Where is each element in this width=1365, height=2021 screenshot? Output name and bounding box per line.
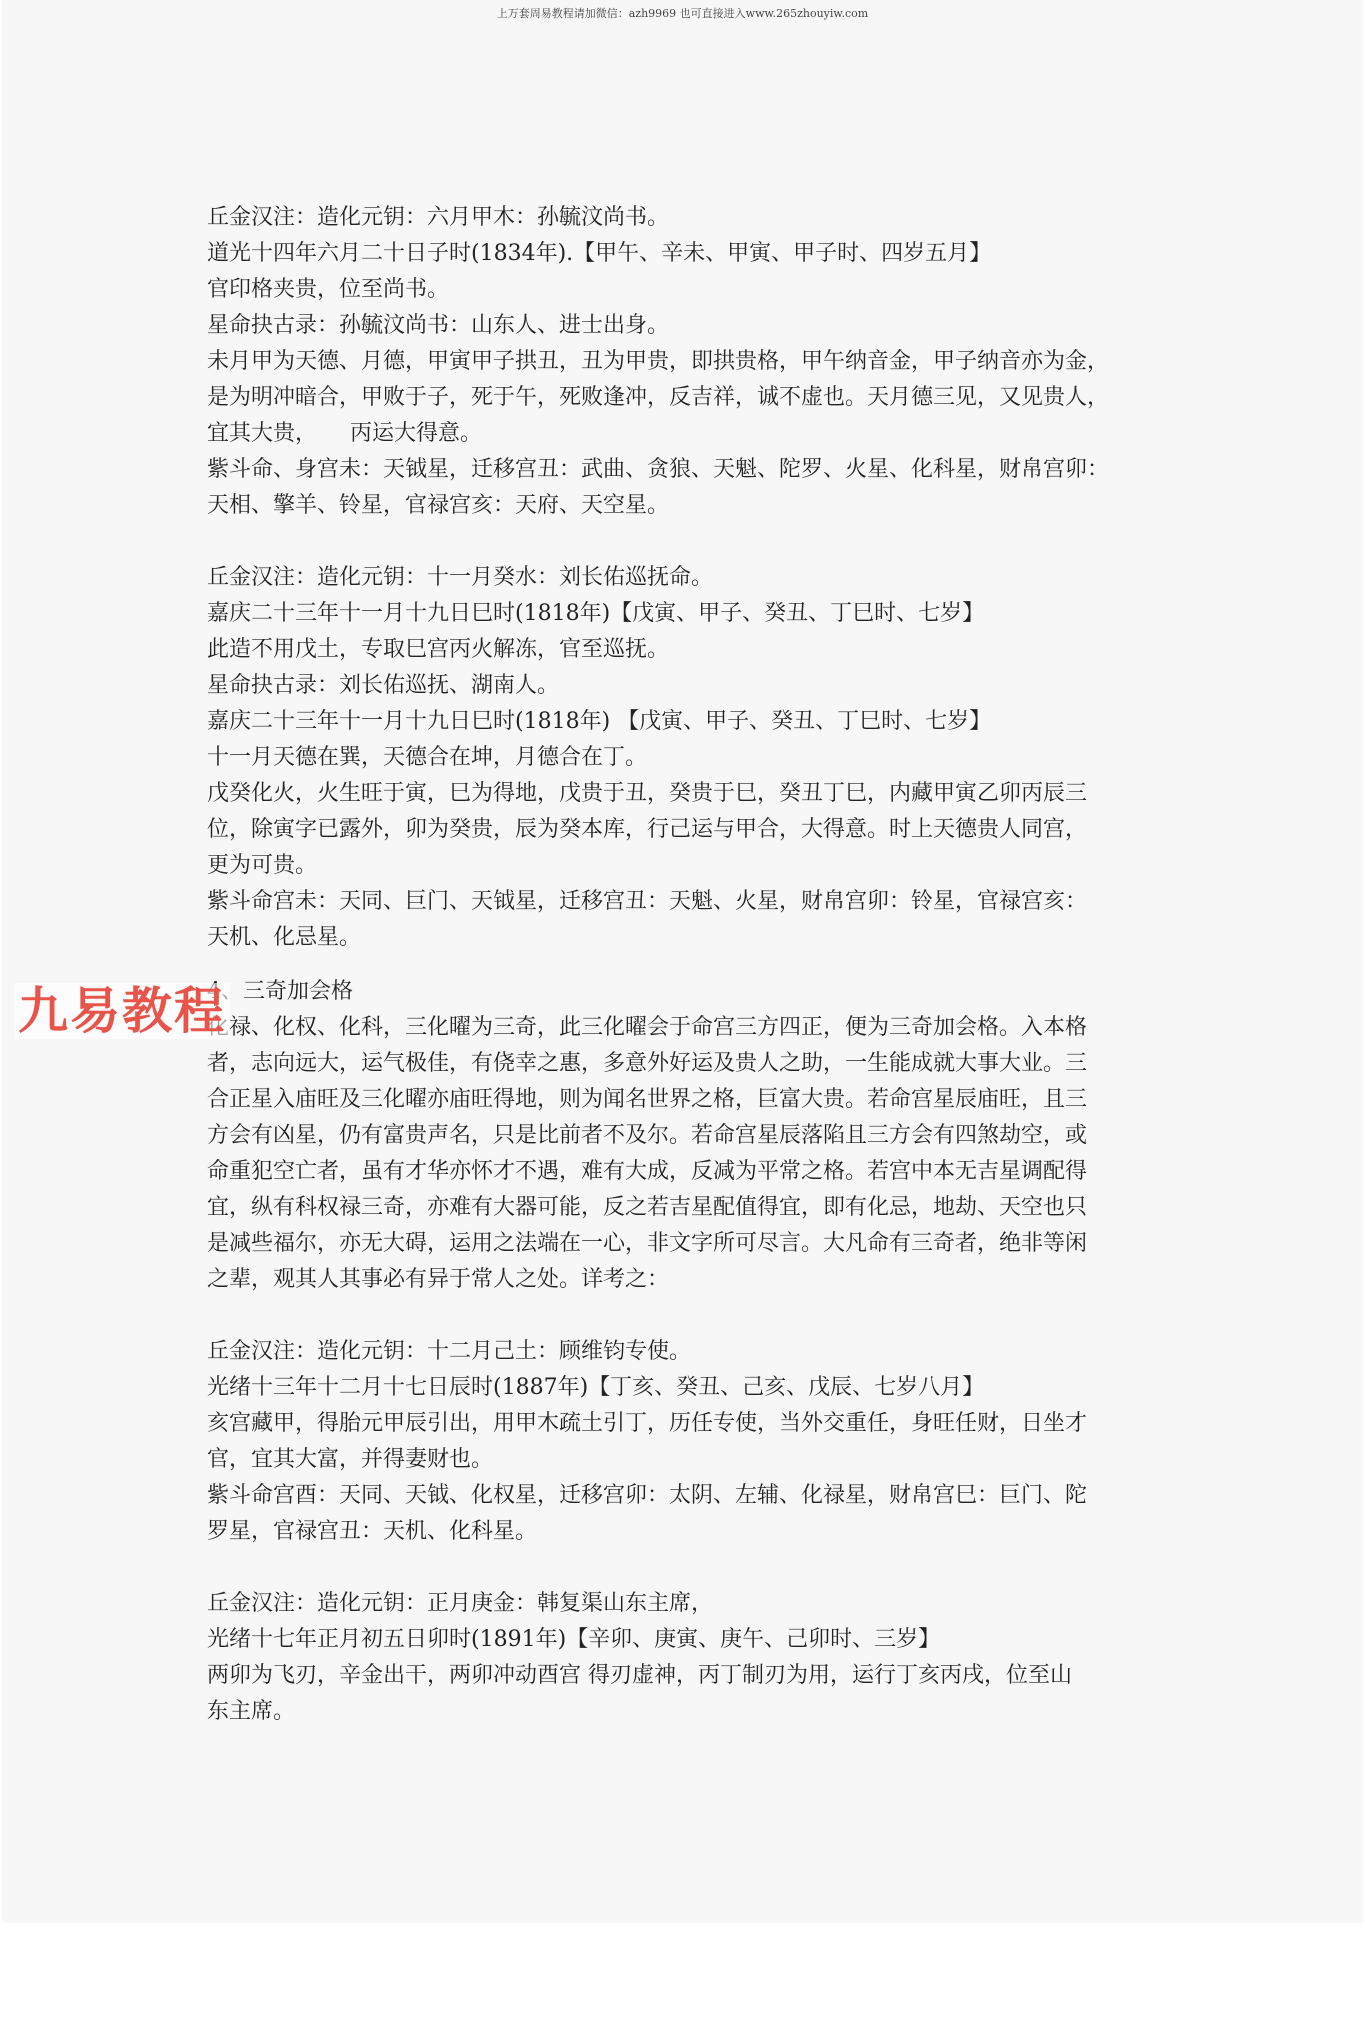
text-line: 是减些福尔，亦无大碍，运用之法端在一心，非文字所可尽言。大凡命有三奇者，绝非等闲 — [207, 1226, 1165, 1262]
spacer — [207, 524, 1165, 560]
text-line: 星命抉古录：孙毓汶尚书：山东人、进士出身。 — [207, 308, 1165, 344]
text-line: 官，宜其大富，并得妻财也。 — [207, 1442, 1165, 1478]
text-line: 光绪十七年正月初五日卯时(1891年)【辛卯、庚寅、庚午、己卯时、三岁】 — [207, 1622, 1165, 1658]
text-line: 方会有凶星，仍有富贵声名，只是比前者不及尔。若命宫星辰落陷且三方会有四煞劫空，或 — [207, 1118, 1165, 1154]
section-han-fuqu: 丘金汉注：造化元钥：正月庚金：韩复渠山东主席， 光绪十七年正月初五日卯时(189… — [207, 1586, 1165, 1730]
text-line: 宜其大贵， 丙运大得意。 — [207, 416, 1165, 452]
text-line: 丘金汉注：造化元钥：六月甲木：孙毓汶尚书。 — [207, 200, 1165, 236]
text-line: 是为明冲暗合，甲败于子，死于午，死败逢冲，反吉祥，诚不虚也。天月德三见，又见贵人… — [207, 380, 1165, 416]
text-line: 丘金汉注：造化元钥：正月庚金：韩复渠山东主席， — [207, 1586, 1165, 1622]
text-line: 天机、化忌星。 — [207, 920, 1165, 956]
text-line: 紫斗命宫未：天同、巨门、天钺星，迁移宫丑：天魁、火星，财帛宫卯：铃星，官禄宫亥： — [207, 884, 1165, 920]
document-body: 丘金汉注：造化元钥：六月甲木：孙毓汶尚书。 道光十四年六月二十日子时(1834年… — [207, 200, 1165, 1730]
section-sanqi-jiahui: 4、三奇加会格 化禄、化权、化科，三化曜为三奇，此三化曜会于命宫三方四正，便为三… — [207, 974, 1165, 1298]
text-line: 道光十四年六月二十日子时(1834年).【甲午、辛未、甲寅、甲子时、四岁五月】 — [207, 236, 1165, 272]
text-line: 星命抉古录：刘长佑巡抚、湖南人。 — [207, 668, 1165, 704]
spacer — [207, 1298, 1165, 1334]
text-line: 紫斗命、身宫未：天钺星，迁移宫丑：武曲、贪狼、天魁、陀罗、火星、化科星，财帛宫卯… — [207, 452, 1165, 488]
text-line: 者，志向远大，运气极佳，有侥幸之惠，多意外好运及贵人之助，一生能成就大事大业。三 — [207, 1046, 1165, 1082]
text-line: 命重犯空亡者，虽有才华亦怀才不遇，难有大成，反减为平常之格。若宫中本无吉星调配得 — [207, 1154, 1165, 1190]
text-line: 未月甲为天德、月德，甲寅甲子拱丑，丑为甲贵，即拱贵格，甲午纳音金，甲子纳音亦为金… — [207, 344, 1165, 380]
text-line: 官印格夹贵，位至尚书。 — [207, 272, 1165, 308]
section-sun-yuwen: 丘金汉注：造化元钥：六月甲木：孙毓汶尚书。 道光十四年六月二十日子时(1834年… — [207, 200, 1165, 524]
text-line: 嘉庆二十三年十一月十九日巳时(1818年)【戊寅、甲子、癸丑、丁巳时、七岁】 — [207, 596, 1165, 632]
section-gu-weijun: 丘金汉注：造化元钥：十二月己土：顾维钧专使。 光绪十三年十二月十七日辰时(188… — [207, 1334, 1165, 1550]
text-line: 丘金汉注：造化元钥：十二月己土：顾维钧专使。 — [207, 1334, 1165, 1370]
text-line: 两卯为飞刃，辛金出干，两卯冲动酉宫 得刃虚神，丙丁制刃为用，运行丁亥丙戌，位至山 — [207, 1658, 1165, 1694]
watermark-logo: 九易教程 — [14, 983, 230, 1039]
text-line: 化禄、化权、化科，三化曜为三奇，此三化曜会于命宫三方四正，便为三奇加会格。入本格 — [207, 1010, 1165, 1046]
text-line: 戊癸化火，火生旺于寅，巳为得地，戊贵于丑，癸贵于巳，癸丑丁巳，内藏甲寅乙卯丙辰三 — [207, 776, 1165, 812]
text-line: 光绪十三年十二月十七日辰时(1887年)【丁亥、癸丑、己亥、戊辰、七岁八月】 — [207, 1370, 1165, 1406]
text-line: 此造不用戊土，专取巳宫丙火解冻，官至巡抚。 — [207, 632, 1165, 668]
text-line: 更为可贵。 — [207, 848, 1165, 884]
text-line: 十一月天德在巽，天德合在坤，月德合在丁。 — [207, 740, 1165, 776]
header-note: 上万套周易教程请加微信：azh9969 也可直接进入www.265zhouyiw… — [0, 5, 1365, 21]
text-line: 天相、擎羊、铃星，官禄宫亥：天府、天空星。 — [207, 488, 1165, 524]
text-line: 丘金汉注：造化元钥：十一月癸水：刘长佑巡抚命。 — [207, 560, 1165, 596]
spacer — [207, 1550, 1165, 1586]
text-line: 紫斗命宫酉：天同、天钺、化权星，迁移宫卯：太阴、左辅、化禄星，财帛宫巳：巨门、陀 — [207, 1478, 1165, 1514]
section-heading: 4、三奇加会格 — [207, 974, 1165, 1010]
text-line: 嘉庆二十三年十一月十九日巳时(1818年) 【戊寅、甲子、癸丑、丁巳时、七岁】 — [207, 704, 1165, 740]
spacer — [207, 956, 1165, 974]
section-liu-changyou: 丘金汉注：造化元钥：十一月癸水：刘长佑巡抚命。 嘉庆二十三年十一月十九日巳时(1… — [207, 560, 1165, 956]
text-line: 宜，纵有科权禄三奇，亦难有大器可能，反之若吉星配值得宜，即有化忌，地劫、天空也只 — [207, 1190, 1165, 1226]
text-line: 位，除寅字已露外，卯为癸贵，辰为癸本库，行己运与甲合，大得意。时上天德贵人同宫， — [207, 812, 1165, 848]
text-line: 罗星，官禄宫丑：天机、化科星。 — [207, 1514, 1165, 1550]
text-line: 之辈，观其人其事必有异于常人之处。详考之： — [207, 1262, 1165, 1298]
text-line: 东主席。 — [207, 1694, 1165, 1730]
text-line: 亥宫藏甲，得胎元甲辰引出，用甲木疏土引丁，历任专使，当外交重任，身旺任财，日坐才 — [207, 1406, 1165, 1442]
text-line: 合正星入庙旺及三化曜亦庙旺得地，则为闻名世界之格，巨富大贵。若命宫星辰庙旺，且三 — [207, 1082, 1165, 1118]
